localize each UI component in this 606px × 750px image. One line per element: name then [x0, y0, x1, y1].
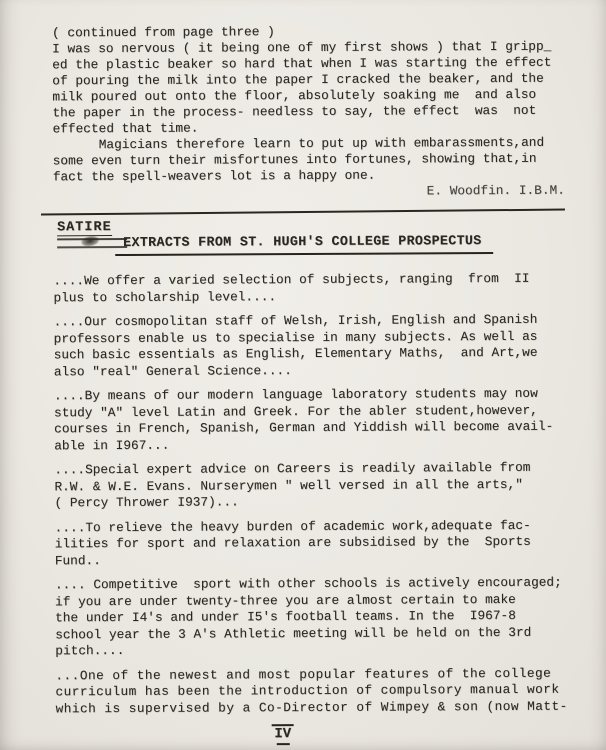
page-number: IV [272, 724, 294, 745]
continued-article: ( continued from page three ) I was so n… [52, 23, 569, 202]
prospectus-entry: .... Competitive sport with other school… [55, 575, 571, 660]
prospectus-entry: ....Our cosmopolitan staff of Welsh, Iri… [54, 312, 570, 381]
article-signature: E. Woodfin. I.B.M. [53, 183, 569, 202]
page-number-underline [276, 743, 289, 745]
satire-header-row: SATIRE EXTRACTS FROM ST. HUGH'S COLLEGE … [53, 212, 569, 261]
scanned-magazine-page: ( continued from page three ) I was so n… [0, 0, 606, 750]
prospectus-entry: ...One of the newest and most popular fe… [55, 665, 571, 717]
prospectus-entry: ....To relieve the heavy burden of acade… [55, 517, 571, 569]
article-paragraph-2: Magicians therefore learn to put up with… [53, 135, 569, 186]
prospectus-entry: ....By means of our modern language labo… [54, 386, 570, 455]
page-content: ( continued from page three ) I was so n… [52, 23, 572, 747]
satire-label: SATIRE [57, 220, 112, 236]
section-heading: EXTRACTS FROM ST. HUGH'S COLLEGE PROSPEC… [115, 234, 494, 256]
prospectus-entries: ....We offer a varied selection of subje… [53, 271, 571, 718]
article-paragraph-1: I was so nervous ( it being one of my fi… [52, 39, 568, 138]
page-number-text: IV [274, 727, 291, 742]
satire-section: SATIRE EXTRACTS FROM ST. HUGH'S COLLEGE … [53, 212, 572, 718]
prospectus-entry: ....We offer a varied selection of subje… [53, 271, 569, 307]
section-heading-block: EXTRACTS FROM ST. HUGH'S COLLEGE PROSPEC… [115, 231, 494, 256]
prospectus-entry: ....Special expert advice on Careers is … [54, 460, 570, 512]
